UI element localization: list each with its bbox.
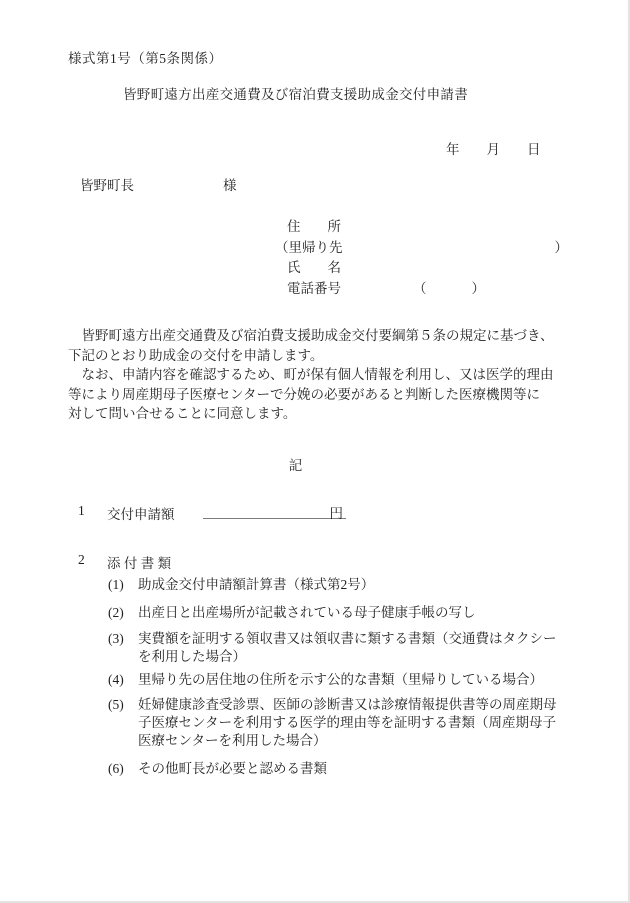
phone-close-paren: ） [472,277,486,297]
form-number: 様式第1号（第5条関係） [68,47,223,67]
attachment-number: (5) [108,696,124,714]
ki-marker: 記 [0,454,591,474]
addressee-name: 皆野町長 [80,178,134,193]
phone-label: 電話番号 [287,277,341,297]
phone-parens: （ ） [413,277,485,297]
satogaeri-label: （里帰り先 [275,236,343,256]
attachment-text: 実費額を証明する領収書又は領収書に類する書類（交通費はタクシー を利用した場合） [138,630,608,666]
date-line: 年 月 日 [446,138,541,158]
address-label: 住 所 [287,215,341,235]
item1-number: 1 [78,503,85,519]
body-paragraph: 皆野町遠方出産交通費及び宿泊費支援助成金交付要綱第５条の規定に基づき、 下記のと… [68,326,573,424]
item2-label: 添 付 書 類 [107,552,171,572]
attachment-number: (2) [108,604,124,622]
phone-open-paren: （ [413,277,427,297]
attachment-text: 出産日と出産場所が記載されている母子健康手帳の写し [138,604,608,622]
attachment-number: (4) [108,671,124,689]
item2-number: 2 [78,552,85,568]
attachment-number: (6) [108,760,124,778]
attachment-text: 里帰り先の居住地の住所を示す公的な書類（里帰りしている場合） [138,671,608,689]
satogaeri-close-paren: ） [555,236,569,256]
attachment-text: 妊婦健康診査受診票、医師の診断書又は診療情報提供書等の周産期母 子医療センターを… [138,696,608,750]
attachment-number: (3) [108,630,124,648]
attachment-number: (1) [108,576,124,594]
satogaeri-line: （里帰り先 ） [275,236,568,256]
name-label: 氏 名 [287,256,341,276]
page-title: 皆野町遠方出産交通費及び宿泊費支援助成金交付申請書 [0,83,591,103]
item1-label: 交付申請額 [107,503,175,523]
amount-blank-line: 円 [203,502,346,519]
attachment-text: 助成金交付申請額計算書（様式第2号） [138,576,608,594]
addressee-honorific: 様 [223,178,237,193]
attachment-text: その他町長が必要と認める書類 [138,760,608,778]
document-page: 様式第1号（第5条関係） 皆野町遠方出産交通費及び宿泊費支援助成金交付申請書 年… [0,0,630,903]
addressee-line: 皆野町長様 [80,174,237,194]
